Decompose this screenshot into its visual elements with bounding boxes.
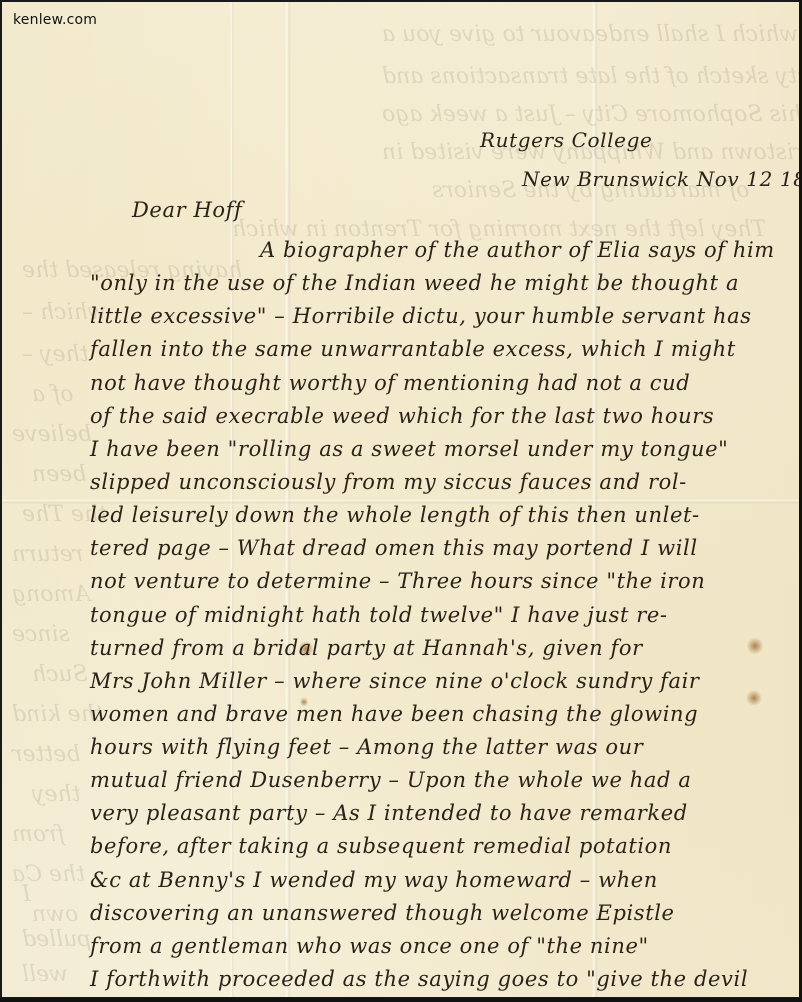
letter-line: mutual friend Dusenberry – Upon the whol… — [90, 768, 691, 792]
letter-line: fallen into the same unwarrantable exces… — [90, 337, 736, 361]
letter-page: his due" In doing which I shall endeavou… — [2, 2, 799, 997]
letter-line: Mrs John Miller – where since nine o'clo… — [90, 669, 700, 693]
letter-line: not venture to determine – Three hours s… — [90, 569, 705, 593]
letter-line: &c at Benny's I wended my way homeward –… — [90, 868, 658, 892]
letter-line: very pleasant party – As I intended to h… — [90, 801, 688, 825]
letter-salutation: Dear Hoff — [132, 198, 242, 222]
ink-stain — [746, 690, 762, 706]
watermark: kenlew.com — [13, 12, 97, 28]
letter-line: discovering an unanswered though welcome… — [90, 901, 675, 925]
letter-line: women and brave men have been chasing th… — [90, 702, 698, 726]
letter-line: not have thought worthy of mentioning ha… — [90, 371, 690, 395]
document-frame: his due" In doing which I shall endeavou… — [0, 0, 802, 1002]
letter-line: A biographer of the author of Elia says … — [260, 238, 775, 262]
letter-line: tongue of midnight hath told twelve" I h… — [90, 603, 668, 627]
letter-line: before, after taking a subsequent remedi… — [90, 834, 672, 858]
letter-line: I have been "rolling as a sweet morsel u… — [90, 437, 728, 461]
letter-line: slipped unconsciously from my siccus fau… — [90, 470, 687, 494]
letter-line: I forthwith proceeded as the saying goes… — [90, 967, 748, 991]
scan-border — [0, 998, 802, 1002]
letter-line: little excessive" – Horribile dictu, you… — [90, 304, 752, 328]
letter-line: of the said execrable weed which for the… — [90, 404, 714, 428]
letter-line: led leisurely down the whole length of t… — [90, 503, 700, 527]
letter-line: from a gentleman who was once one of "th… — [90, 934, 649, 958]
letter-city-date: New Brunswick Nov 12 1847 — [522, 167, 799, 191]
letter-line: tered page – What dread omen this may po… — [90, 536, 698, 560]
letter-line: hours with flying feet – Among the latte… — [90, 735, 643, 759]
ink-stain — [747, 637, 763, 655]
letter-line: turned from a bridal party at Hannah's, … — [90, 636, 643, 660]
letter-place: Rutgers College — [480, 128, 652, 152]
letter-line: "only in the use of the Indian weed he m… — [90, 271, 739, 295]
